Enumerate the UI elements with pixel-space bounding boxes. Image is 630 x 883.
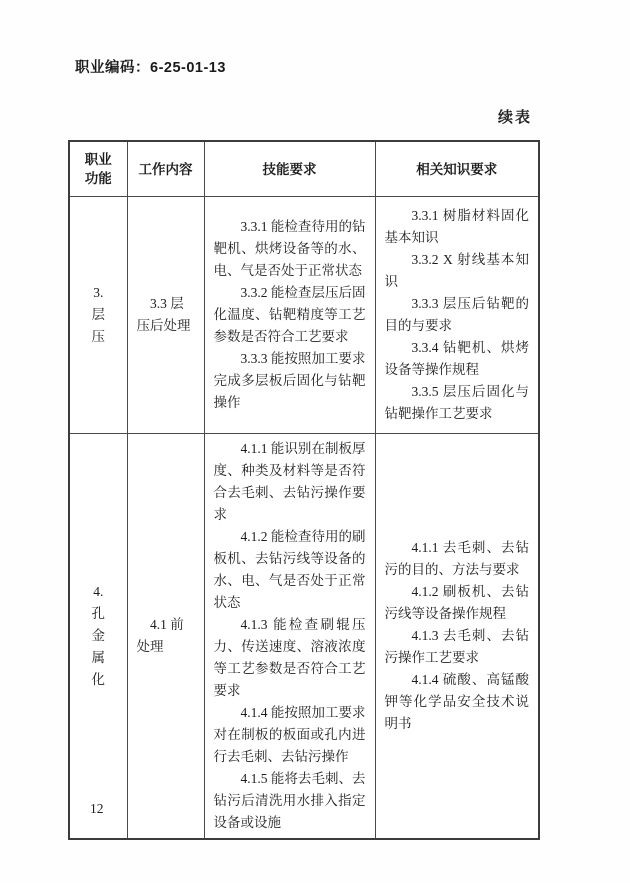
- knowledge-item: 3.3.3 层压后钻靶的目的与要求: [385, 293, 530, 337]
- knowledge-item: 3.3.2 X 射线基本知识: [385, 249, 530, 293]
- page-number: 12: [90, 801, 104, 817]
- col-header-function: 职业 功能: [69, 141, 127, 197]
- skill-item: 4.1.4 能按照加工要求对在制板的板面或孔内进行去毛刺、去钻污操作: [214, 702, 366, 768]
- skills-cell: 4.1.1 能识别在制板厚度、种类及材料等是否符合去毛刺、去钻污操作要求 4.1…: [204, 434, 375, 840]
- occupation-code: 职业编码：6-25-01-13: [75, 56, 226, 77]
- continued-table-label: 续表: [498, 106, 532, 127]
- col-header-knowledge: 相关知识要求: [375, 141, 539, 197]
- skill-item: 4.1.1 能识别在制板厚度、种类及材料等是否符合去毛刺、去钻污操作要求: [214, 438, 366, 526]
- function-cell-lamination: 3. 层 压: [69, 197, 127, 434]
- knowledge-item: 3.3.4 钻靶机、烘烤设备等操作规程: [385, 337, 530, 381]
- knowledge-item: 3.3.1 树脂材料固化基本知识: [385, 205, 530, 249]
- knowledge-cell: 3.3.1 树脂材料固化基本知识 3.3.2 X 射线基本知识 3.3.3 层压…: [375, 197, 539, 434]
- col-header-work: 工作内容: [127, 141, 204, 197]
- knowledge-item: 4.1.3 去毛刺、去钻污操作工艺要求: [385, 625, 530, 669]
- skill-item: 3.3.1 能检查待用的钻靶机、烘烤设备等的水、电、气是否处于正常状态: [214, 216, 366, 282]
- function-cell-hole-metallization: 4. 孔 金 属 化: [69, 434, 127, 840]
- document-page: 职业编码：6-25-01-13 续表 职业 功能 工作内容 技能要求 相关知识要…: [0, 0, 630, 883]
- col-header-skills: 技能要求: [204, 141, 375, 197]
- skill-item: 3.3.2 能检查层压后固化温度、钻靶精度等工艺参数是否符合工艺要求: [214, 282, 366, 348]
- skill-item: 4.1.5 能将去毛刺、去钻污后清洗用水排入指定设备或设施: [214, 768, 366, 834]
- skills-cell: 3.3.1 能检查待用的钻靶机、烘烤设备等的水、电、气是否处于正常状态 3.3.…: [204, 197, 375, 434]
- knowledge-cell: 4.1.1 去毛刺、去钻污的目的、方法与要求 4.1.2 刷板机、去钻污线等设备…: [375, 434, 539, 840]
- table-row: 3. 层 压 3.3 层压后处理 3.3.1 能检查待用的钻靶机、烘烤设备等的水…: [69, 197, 539, 434]
- skill-item: 3.3.3 能按照加工要求完成多层板后固化与钻靶操作: [214, 348, 366, 414]
- skill-item: 4.1.2 能检查待用的刷板机、去钻污线等设备的水、电、气是否处于正常状态: [214, 526, 366, 614]
- knowledge-item: 4.1.4 硫酸、高锰酸钾等化学品安全技术说明书: [385, 669, 530, 735]
- requirements-table: 职业 功能 工作内容 技能要求 相关知识要求 3. 层 压 3.3 层压后处理 …: [68, 140, 540, 840]
- knowledge-item: 4.1.2 刷板机、去钻污线等设备操作规程: [385, 581, 530, 625]
- work-content-cell: 3.3 层压后处理: [127, 197, 204, 434]
- table-row: 4. 孔 金 属 化 4.1 前处理 4.1.1 能识别在制板厚度、种类及材料等…: [69, 434, 539, 840]
- knowledge-item: 4.1.1 去毛刺、去钻污的目的、方法与要求: [385, 537, 530, 581]
- knowledge-item: 3.3.5 层压后固化与钻靶操作工艺要求: [385, 381, 530, 425]
- work-content-cell: 4.1 前处理: [127, 434, 204, 840]
- skill-item: 4.1.3 能检查刷辊压力、传送速度、溶液浓度等工艺参数是否符合工艺要求: [214, 614, 366, 702]
- table-header-row: 职业 功能 工作内容 技能要求 相关知识要求: [69, 141, 539, 197]
